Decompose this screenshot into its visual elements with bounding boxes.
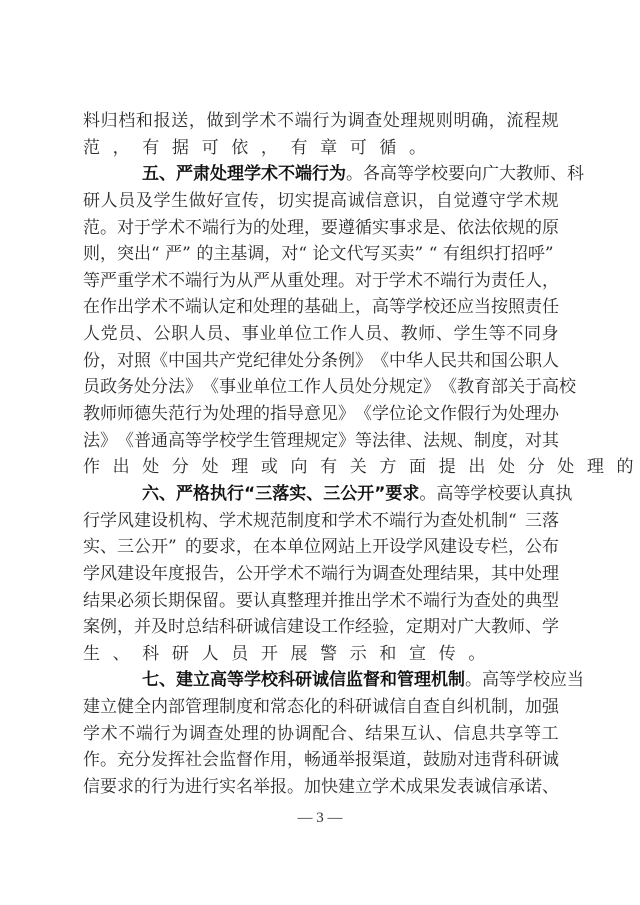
text-line: 范，有据可依，有章可循。 <box>83 135 559 162</box>
text-line: 研人员及学生做好宣传，切实提高诚信意识，自觉遵守学术规 <box>83 188 559 215</box>
text-line: 则，突出“严”的主基调，对“论文代写买卖”“有组织打招呼” <box>83 241 559 268</box>
text-line: 作出处分处理或向有关方面提出处分处理的建议。 <box>83 454 559 481</box>
text-line: 结果必须长期保留。要认真整理并推出学术不端行为查处的典型 <box>83 588 559 615</box>
text-line: 员政务处分法》《事业单位工作人员处分规定》《教育部关于高校 <box>83 374 559 401</box>
text-line: 料归档和报送，做到学术不端行为调查处理规则明确，流程规 <box>83 108 559 135</box>
text-line: 等严重学术不端行为从严从重处理。对于学术不端行为责任人， <box>83 268 559 295</box>
text-line: 信要求的行为进行实名举报。加快建立学术成果发表诚信承诺、 <box>83 774 559 801</box>
text-line: 学风建设年度报告，公开学术不端行为调查处理结果，其中处理 <box>83 561 559 588</box>
text-line: 法》《普通高等学校学生管理规定》等法律、法规、制度，对其 <box>83 428 559 455</box>
text-line: 范。对于学术不端行为的处理，要遵循实事求是、依法依规的原 <box>83 215 559 242</box>
text-line: 份，对照《中国共产党纪律处分条例》《中华人民共和国公职人 <box>83 348 559 375</box>
text-line: 建立健全内部管理制度和常态化的科研诚信自查自纠机制，加强 <box>83 694 559 721</box>
text-line: 行学风建设机构、学术规范制度和学术不端行为查处机制“三落 <box>83 508 559 535</box>
section-heading-line: 六、严格执行“三落实、三公开”要求。高等学校要认真执 <box>83 481 559 508</box>
text-line: 人党员、公职人员、事业单位工作人员、教师、学生等不同身 <box>83 321 559 348</box>
section-heading-line: 五、严肃处理学术不端行为。各高等学校要向广大教师、科 <box>83 161 559 188</box>
document-body: 料归档和报送，做到学术不端行为调查处理规则明确，流程规 范，有据可依，有章可循。… <box>83 108 559 801</box>
text-line: 教师师德失范行为处理的指导意见》《学位论文作假行为处理办 <box>83 401 559 428</box>
text-line: 实、三公开”的要求，在本单位网站上开设学风建设专栏，公布 <box>83 534 559 561</box>
text-line: 在作出学术不端认定和处理的基础上，高等学校还应当按照责任 <box>83 294 559 321</box>
text-line: 案例，并及时总结科研诚信建设工作经验，定期对广大教师、学 <box>83 614 559 641</box>
section-heading-line: 七、建立高等学校科研诚信监督和管理机制。高等学校应当 <box>83 667 559 694</box>
text-line: 学术不端行为调查处理的协调配合、结果互认、信息共享等工 <box>83 721 559 748</box>
page-number: — 3 — <box>0 810 640 827</box>
text-line: 作。充分发挥社会监督作用，畅通举报渠道，鼓励对违背科研诚 <box>83 747 559 774</box>
text-line: 生、科研人员开展警示和宣传。 <box>83 641 559 668</box>
document-page: 料归档和报送，做到学术不端行为调查处理规则明确，流程规 范，有据可依，有章可循。… <box>0 0 640 905</box>
